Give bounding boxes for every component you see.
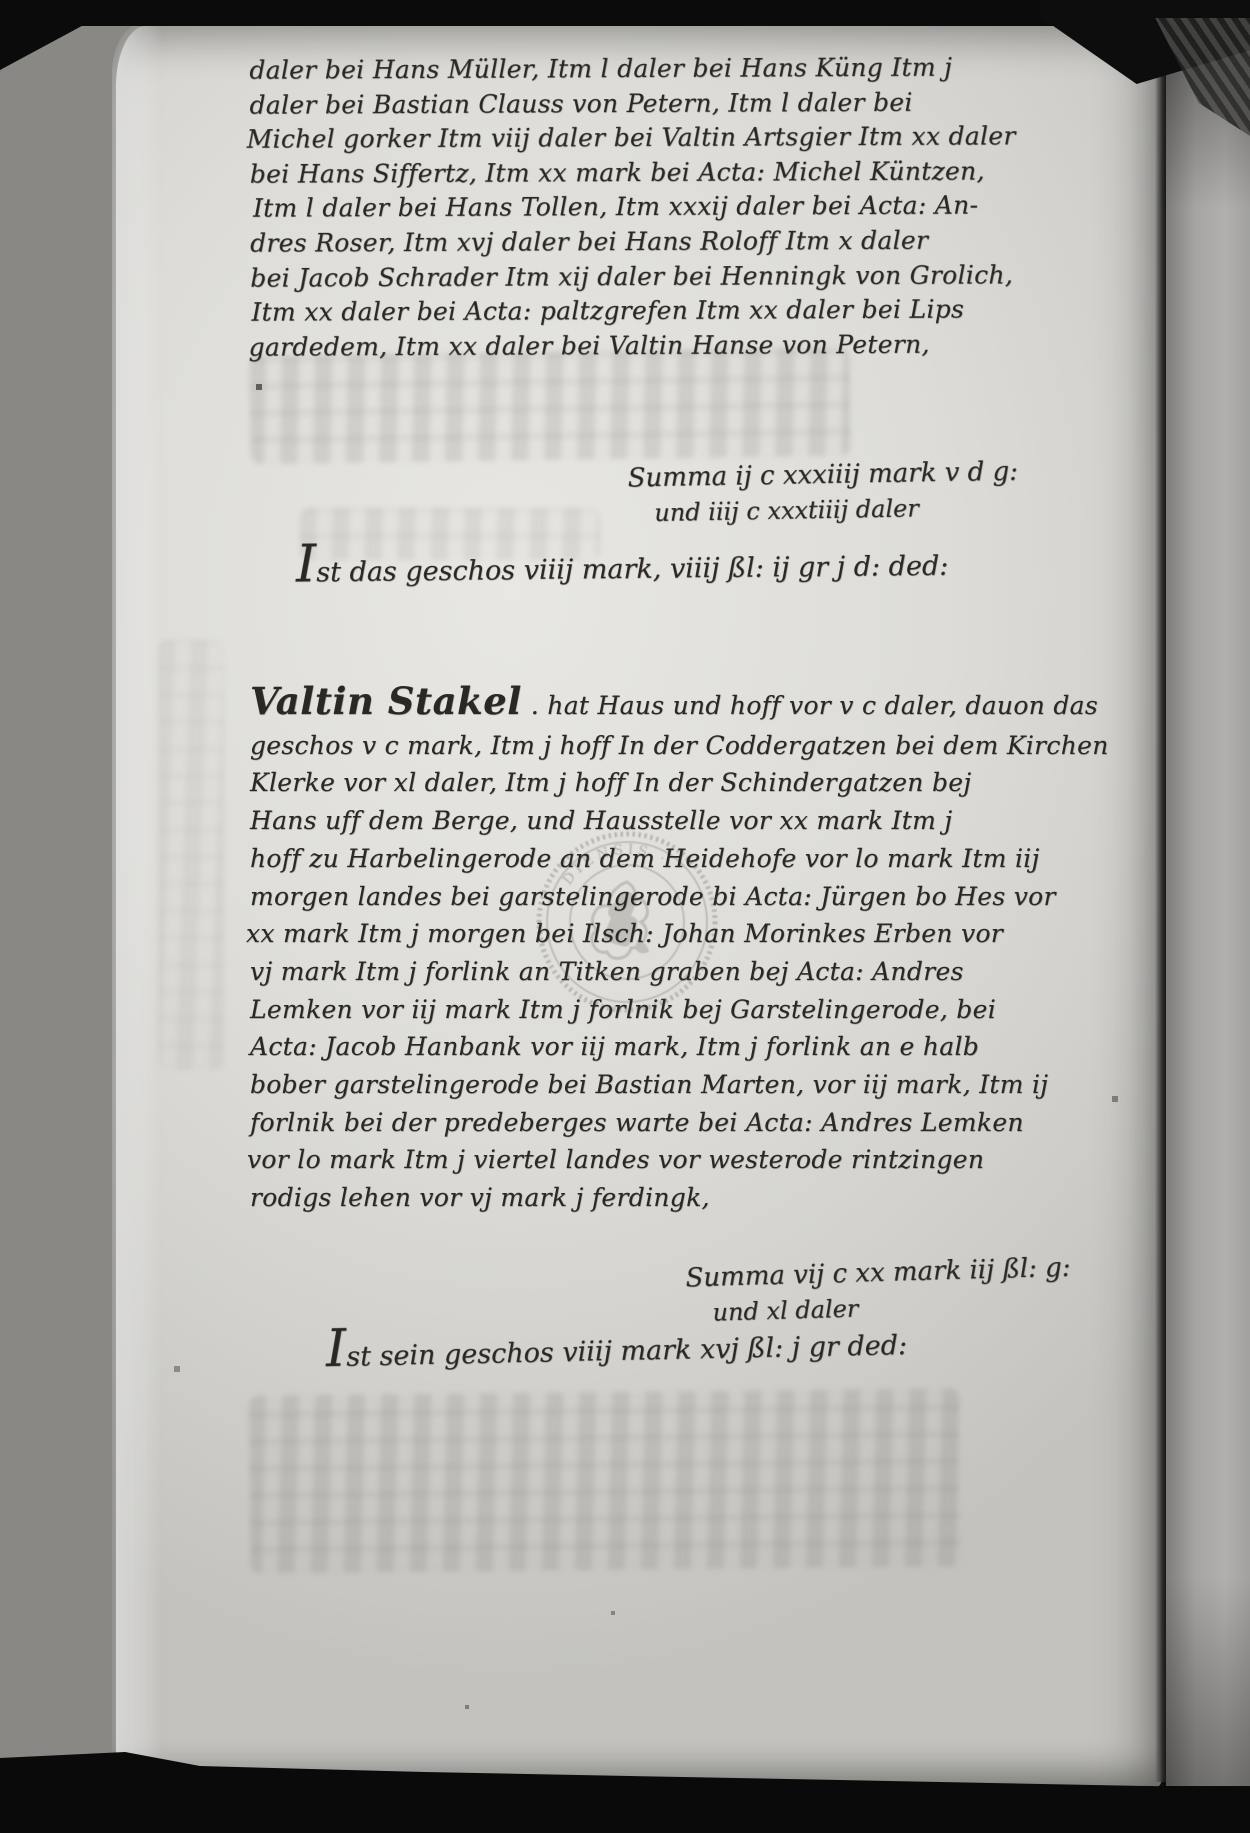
entry-name: Valtin Stakel <box>250 679 522 723</box>
summa-line: Summa ij c xxxiiij mark v d g: <box>627 457 1018 494</box>
page-curl-highlight <box>116 26 162 1778</box>
manuscript-line: Hans uff dem Berge, und Hausstelle vor x… <box>250 802 1109 840</box>
paper-specks <box>0 0 2 2</box>
manuscript-line: Lemken vor iij mark Itm j forlnik bej Ga… <box>250 991 1109 1029</box>
manuscript-line: vj mark Itm j forlink an Titken graben b… <box>250 953 1109 991</box>
paragraph-valtin: Valtin Stakel. hat Haus und hoff vor v c… <box>250 683 1109 1217</box>
manuscript-line: geschos v c mark, Itm j hoff In der Codd… <box>250 727 1109 765</box>
summa-top: Summa ij c xxxiiij mark v d g: und iiij … <box>627 457 1018 528</box>
manuscript-line: forlnik bei der predeberges warte bei Ac… <box>250 1104 1109 1142</box>
summa-valtin: Summa vij c xx mark iij ßl: g: und xl da… <box>685 1253 1072 1328</box>
ink-showthrough <box>249 348 850 464</box>
manuscript-line: Itm l daler bei Hans Tollen, Itm xxxij d… <box>253 189 1016 227</box>
entry-heading-row: Valtin Stakel. hat Haus und hoff vor v c… <box>250 683 1109 725</box>
manuscript-line: daler bei Hans Müller, Itm l daler bei H… <box>249 50 1015 88</box>
manuscript-line: dres Roser, Itm xvj daler bei Hans Rolof… <box>250 223 1016 261</box>
manuscript-photograph: · DIENSIS · daler bei Hans Müller, Itm l… <box>0 0 1250 1833</box>
manuscript-line: Michel gorker Itm viij daler bei Valtin … <box>247 120 1016 158</box>
ink-showthrough <box>158 640 224 1070</box>
manuscript-line: morgen landes bei garstelingerode bi Act… <box>250 878 1109 916</box>
manuscript-line: bei Jacob Schrader Itm xij daler bei Hen… <box>250 258 1016 296</box>
manuscript-line: Klerke vor xl daler, Itm j hoff In der S… <box>250 764 1109 802</box>
manuscript-line: Itm xx daler bei Acta: paltzgrefen Itm x… <box>251 292 1016 330</box>
manuscript-line: gardedem, Itm xx daler bei Valtin Hanse … <box>249 327 1017 365</box>
entry-heading-rest: . hat Haus und hoff vor v c daler, dauon… <box>531 691 1098 720</box>
manuscript-line: xx mark Itm j morgen bei Ilsch: Johan Mo… <box>246 915 1109 953</box>
manuscript-line: rodigs lehen vor vj mark j ferdingk, <box>250 1179 1109 1217</box>
ink-showthrough <box>300 508 600 560</box>
ink-showthrough <box>249 1388 961 1573</box>
manuscript-line: bei Hans Siffertz, Itm xx mark bei Acta:… <box>250 154 1016 192</box>
manuscript-line: daler bei Bastian Clauss von Petern, Itm… <box>249 85 1015 123</box>
manuscript-line: Acta: Jacob Hanbank vor iij mark, Itm j … <box>250 1028 1109 1066</box>
facing-page-edge <box>1166 34 1250 1786</box>
manuscript-line: vor lo mark Itm j viertel landes vor wes… <box>247 1141 1109 1179</box>
manuscript-line: bober garstelingerode bei Bastian Marten… <box>250 1066 1109 1104</box>
paragraph-top: daler bei Hans Müller, Itm l daler bei H… <box>249 50 1016 365</box>
manuscript-line: hoff zu Harbelingerode an dem Heidehofe … <box>250 840 1109 878</box>
